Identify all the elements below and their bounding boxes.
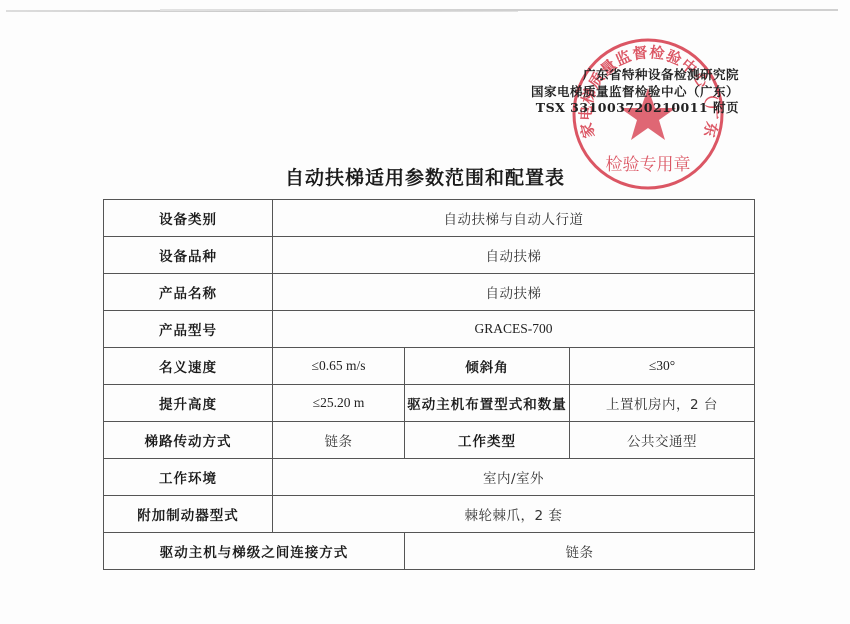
row-label: 产品型号	[104, 311, 273, 348]
row-label: 工作环境	[104, 459, 273, 496]
row-value-2: 上置机房内，2 台	[570, 385, 755, 422]
table-row: 设备类别 自动扶梯与自动人行道	[104, 200, 755, 237]
table-row: 产品型号 GRACES-700	[104, 311, 755, 348]
row-value: ≤0.65 m/s	[273, 348, 405, 385]
row-label: 设备类别	[104, 200, 273, 237]
table-row: 产品名称 自动扶梯	[104, 274, 755, 311]
table-row: 工作环境 室内/室外	[104, 459, 755, 496]
table-row: 名义速度 ≤0.65 m/s 倾斜角 ≤30°	[104, 348, 755, 385]
row-value: GRACES-700	[273, 311, 755, 348]
row-label-2: 驱动主机布置型式和数量	[405, 385, 570, 422]
row-value: 自动扶梯	[273, 237, 755, 274]
row-value: 棘轮棘爪，2 套	[273, 496, 755, 533]
row-label: 附加制动器型式	[104, 496, 273, 533]
table-row: 附加制动器型式 棘轮棘爪，2 套	[104, 496, 755, 533]
parameter-table: 设备类别 自动扶梯与自动人行道 设备品种 自动扶梯 产品名称 自动扶梯 产品型号…	[103, 199, 755, 570]
row-value: 自动扶梯与自动人行道	[273, 200, 755, 237]
row-label: 驱动主机与梯级之间连接方式	[104, 533, 405, 570]
row-label-2: 工作类型	[405, 422, 570, 459]
row-value: 链条	[405, 533, 755, 570]
row-label: 梯路传动方式	[104, 422, 273, 459]
row-value: 室内/室外	[273, 459, 755, 496]
row-value: 链条	[273, 422, 405, 459]
row-label: 提升高度	[104, 385, 273, 422]
row-value: ≤25.20 m	[273, 385, 405, 422]
issuer-line-center: 国家电梯质量监督检验中心（广东）	[531, 84, 739, 101]
table-row: 驱动主机与梯级之间连接方式 链条	[104, 533, 755, 570]
row-label: 名义速度	[104, 348, 273, 385]
scan-edge-line	[160, 9, 838, 11]
issuer-line-institute: 广东省特种设备检测研究院	[531, 67, 739, 84]
row-value: 自动扶梯	[273, 274, 755, 311]
certificate-number: TSX 331003720210011 附页	[531, 100, 739, 117]
issuer-header: 广东省特种设备检测研究院 国家电梯质量监督检验中心（广东） TSX 331003…	[531, 67, 739, 117]
row-label: 设备品种	[104, 237, 273, 274]
row-value-2: 公共交通型	[570, 422, 755, 459]
row-value-2: ≤30°	[570, 348, 755, 385]
table-row: 设备品种 自动扶梯	[104, 237, 755, 274]
row-label: 产品名称	[104, 274, 273, 311]
table-row: 提升高度 ≤25.20 m 驱动主机布置型式和数量 上置机房内，2 台	[104, 385, 755, 422]
row-label-2: 倾斜角	[405, 348, 570, 385]
stamp-inner-text: 检验专用章	[606, 154, 691, 175]
table-row: 梯路传动方式 链条 工作类型 公共交通型	[104, 422, 755, 459]
